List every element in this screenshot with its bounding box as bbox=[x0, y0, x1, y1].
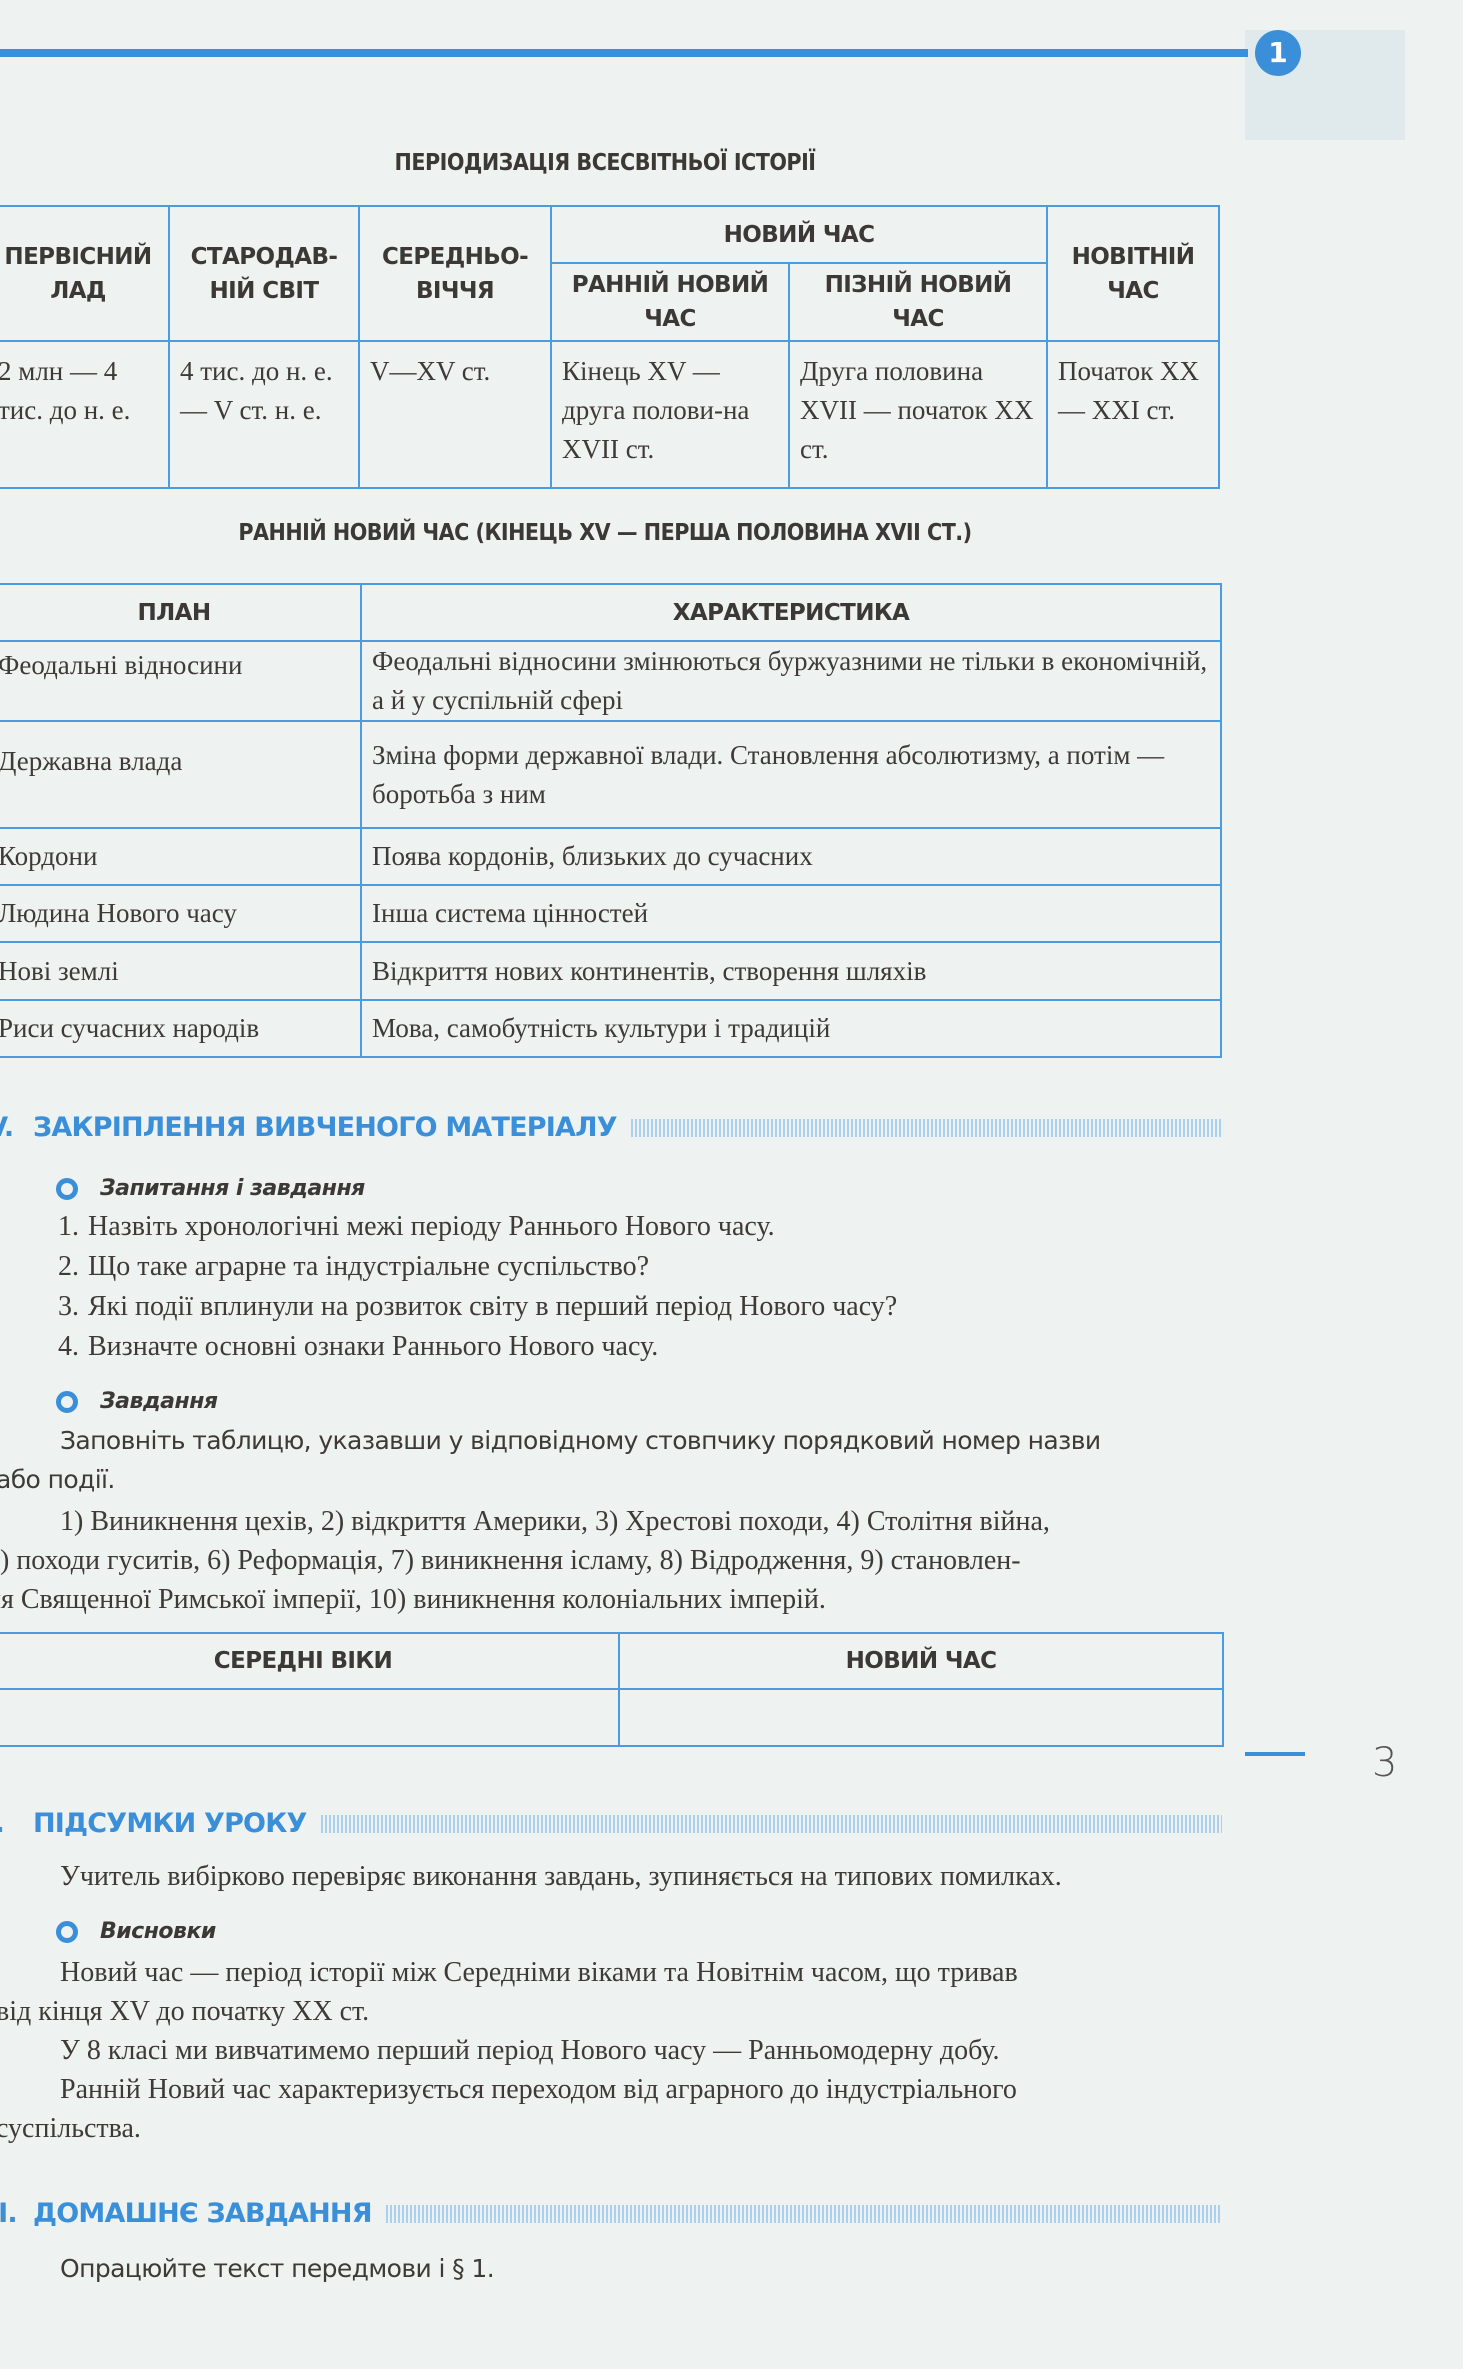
item-text: Які події вплинули на розвиток світу в п… bbox=[88, 1287, 897, 1326]
section-title: ПІДСУМКИ УРОКУ bbox=[33, 1808, 307, 1839]
answer-cell-modern[interactable] bbox=[619, 1689, 1223, 1746]
section-heading-homework: VI. ДОМАШНЄ ЗАВДАННЯ bbox=[0, 2198, 1222, 2229]
value-middle-ages: V—XV ст. bbox=[359, 341, 551, 488]
table-row: Риси сучасних народів Мова, самобутність… bbox=[0, 1000, 1221, 1057]
item-text: Що таке аграрне та індустріальне суспіль… bbox=[88, 1247, 649, 1286]
plan-cell: Риси сучасних народів bbox=[0, 1000, 361, 1057]
header-ancient: СТАРОДАВ-НІЙ СВІТ bbox=[169, 206, 359, 341]
subheading-conclusions: Висновки bbox=[56, 1919, 216, 1944]
events-line: ня Священної Римської імперії, 10) виник… bbox=[0, 1580, 1226, 1619]
list-item: 4.Визначте основні ознаки Раннього Новог… bbox=[58, 1327, 897, 1366]
plan-cell: Нові землі bbox=[0, 942, 361, 1000]
table-row: Кордони Поява кордонів, близьких до суча… bbox=[0, 828, 1221, 885]
section-title: ДОМАШНЄ ЗАВДАННЯ bbox=[33, 2198, 372, 2229]
summary-text: Учитель вибірково перевіряє виконання за… bbox=[60, 1857, 1062, 1896]
subheading-questions: Запитання і завдання bbox=[56, 1176, 365, 1201]
events-line: 1) Виникнення цехів, 2) відкриття Америк… bbox=[0, 1502, 1226, 1541]
header-primitive: ПЕРВІСНИЙ ЛАД bbox=[0, 206, 169, 341]
value-contemporary: Початок XX— XXI ст. bbox=[1047, 341, 1219, 488]
desc-cell: Інша система цінностей bbox=[361, 885, 1221, 942]
header-contemporary: НОВІТНІЙ ЧАС bbox=[1047, 206, 1219, 341]
page-number: 3 bbox=[1372, 1740, 1397, 1786]
conclusions-paragraphs: Новий час — період історії між Середніми… bbox=[0, 1953, 1226, 2148]
conclusion-line: суспільства. bbox=[0, 2109, 1226, 2148]
column-plan: ПЛАН bbox=[0, 584, 361, 641]
section-number: V. bbox=[0, 1808, 33, 1839]
list-item: 2.Що таке аграрне та індустріальне суспі… bbox=[58, 1247, 897, 1286]
section-heading-consolidation: IV. ЗАКРІПЛЕННЯ ВИВЧЕНОГО МАТЕРІАЛУ bbox=[0, 1112, 1222, 1143]
list-item: 1.Назвіть хронологічні межі періоду Ранн… bbox=[58, 1207, 897, 1246]
column-modern: НОВИЙ ЧАС bbox=[619, 1633, 1223, 1689]
desc-cell: Феодальні відносини змінюються буржуазни… bbox=[361, 641, 1221, 721]
section-title: ЗАКРІПЛЕННЯ ВИВЧЕНОГО МАТЕРІАЛУ bbox=[33, 1112, 617, 1143]
desc-cell: Мова, самобутність культури і традицій bbox=[361, 1000, 1221, 1057]
subheading-label: Завдання bbox=[100, 1389, 218, 1414]
answer-cell-middle-ages[interactable] bbox=[0, 1689, 619, 1746]
item-number: 2. bbox=[58, 1247, 88, 1286]
table-row: Державна влада Зміна форми державної вла… bbox=[0, 721, 1221, 828]
value-late-modern: Друга половина XVII — початок XX ст. bbox=[789, 341, 1047, 488]
table-row: Людина Нового часу Інша система цінносте… bbox=[0, 885, 1221, 942]
bullet-ring-icon bbox=[56, 1921, 78, 1943]
events-line: 5) походи гуситів, 6) Реформація, 7) вин… bbox=[0, 1541, 1226, 1580]
heading-rule bbox=[386, 2205, 1222, 2223]
fill-in-table: СЕРЕДНІ ВІКИ НОВИЙ ЧАС bbox=[0, 1632, 1224, 1747]
subheading-task: Завдання bbox=[56, 1389, 218, 1414]
value-early-modern: Кінець XV — друга полови-на XVII ст. bbox=[551, 341, 789, 488]
bullet-ring-icon bbox=[56, 1178, 78, 1200]
item-number: 3. bbox=[58, 1287, 88, 1326]
list-item: 3.Які події вплинули на розвиток світу в… bbox=[58, 1287, 897, 1326]
subheading-label: Запитання і завдання bbox=[100, 1176, 365, 1201]
homework-text: Опрацюйте текст передмови і § 1. bbox=[60, 2249, 494, 2288]
header-middle-ages: СЕРЕДНЬО-ВІЧЧЯ bbox=[359, 206, 551, 341]
conclusion-line: У 8 класі ми вивчатимемо перший період Н… bbox=[0, 2031, 1226, 2070]
page-number-rule bbox=[1245, 1752, 1305, 1756]
bullet-ring-icon bbox=[56, 1391, 78, 1413]
value-ancient: 4 тис. до н. е. — V ст. н. е. bbox=[169, 341, 359, 488]
item-text: Назвіть хронологічні межі періоду Ранньо… bbox=[88, 1207, 775, 1246]
periodization-table: ПЕРВІСНИЙ ЛАД СТАРОДАВ-НІЙ СВІТ СЕРЕДНЬО… bbox=[0, 205, 1220, 489]
early-modern-title: РАННІЙ НОВИЙ ЧАС (КІНЕЦЬ XV — ПЕРША ПОЛО… bbox=[0, 520, 1210, 546]
item-text: Визначте основні ознаки Раннього Нового … bbox=[88, 1327, 658, 1366]
events-paragraph: 1) Виникнення цехів, 2) відкриття Америк… bbox=[0, 1502, 1226, 1619]
column-middle-ages: СЕРЕДНІ ВІКИ bbox=[0, 1633, 619, 1689]
section-number: IV. bbox=[0, 1112, 33, 1143]
subheading-label: Висновки bbox=[100, 1919, 216, 1944]
conclusion-line: Новий час — період історії між Середніми… bbox=[0, 1953, 1226, 1992]
item-number: 1. bbox=[58, 1207, 88, 1246]
task-line: Заповніть таблицю, указавши у відповідно… bbox=[0, 1421, 1226, 1460]
desc-cell: Зміна форми державної влади. Становлення… bbox=[361, 721, 1221, 828]
header-late-modern: ПІЗНІЙ НОВИЙ ЧАС bbox=[789, 263, 1047, 341]
questions-list: 1.Назвіть хронологічні межі періоду Ранн… bbox=[58, 1207, 897, 1366]
lesson-number-badge: 1 bbox=[1255, 30, 1301, 76]
heading-rule bbox=[631, 1119, 1222, 1137]
early-modern-table: ПЛАН ХАРАКТЕРИСТИКА Феодальні відносини … bbox=[0, 583, 1222, 1058]
plan-cell: Людина Нового часу bbox=[0, 885, 361, 942]
table-row: Феодальні відносини Феодальні відносини … bbox=[0, 641, 1221, 721]
desc-cell: Відкриття нових континентів, створення ш… bbox=[361, 942, 1221, 1000]
header-rule bbox=[0, 49, 1248, 57]
plan-cell: Державна влада bbox=[0, 721, 361, 828]
plan-cell: Феодальні відносини bbox=[0, 641, 361, 721]
conclusion-line: Ранній Новий час характеризується перехо… bbox=[0, 2070, 1226, 2109]
periodization-title: ПЕРІОДИЗАЦІЯ ВСЕСВІТНЬОЇ ІСТОРІЇ bbox=[0, 150, 1210, 176]
plan-cell: Кордони bbox=[0, 828, 361, 885]
conclusion-line: від кінця XV до початку XX ст. bbox=[0, 1992, 1226, 2031]
column-characteristic: ХАРАКТЕРИСТИКА bbox=[361, 584, 1221, 641]
table-row: Нові землі Відкриття нових континентів, … bbox=[0, 942, 1221, 1000]
task-line: або події. bbox=[0, 1460, 1226, 1499]
header-early-modern: РАННІЙ НОВИЙ ЧАС bbox=[551, 263, 789, 341]
heading-rule bbox=[321, 1815, 1223, 1833]
task-paragraph: Заповніть таблицю, указавши у відповідно… bbox=[0, 1421, 1226, 1499]
item-number: 4. bbox=[58, 1327, 88, 1366]
section-number: VI. bbox=[0, 2198, 33, 2229]
value-primitive: 2 млн — 4 тис. до н. е. bbox=[0, 341, 169, 488]
desc-cell: Поява кордонів, близьких до сучасних bbox=[361, 828, 1221, 885]
section-heading-summary: V. ПІДСУМКИ УРОКУ bbox=[0, 1808, 1222, 1839]
header-modern-group: НОВИЙ ЧАС bbox=[551, 206, 1047, 263]
